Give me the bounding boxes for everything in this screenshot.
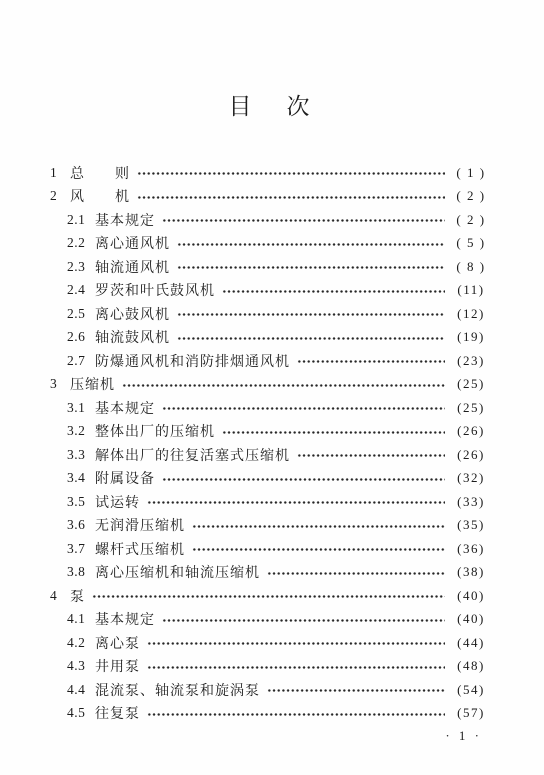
toc-leader-dots: [297, 451, 445, 460]
toc-leader-dots: [137, 193, 445, 202]
toc-leader-dots: [177, 310, 445, 319]
toc-entry-page-number: (36): [450, 541, 492, 557]
toc-entry-page-number: ( 1 ): [450, 165, 492, 181]
toc-entry: 2.2离心通风机( 5 ): [50, 232, 492, 256]
toc-entry-label: 解体出厂的往复活塞式压缩机: [95, 445, 290, 465]
toc-leader-dots: [177, 334, 445, 343]
toc-entry-page-number: (32): [450, 470, 492, 486]
toc-entry-number: 3.3: [67, 447, 95, 463]
toc-entry-number: 2.6: [67, 329, 95, 345]
toc-entry-number: 2.3: [67, 259, 95, 275]
toc-entry-number: 4.4: [67, 682, 95, 698]
document-page: 目 次 1总 则( 1 )2风 机( 2 )2.1基本规定( 2 )2.2离心通…: [0, 0, 544, 775]
toc-leader-dots: [162, 616, 445, 625]
toc-entry: 4泵(40): [50, 584, 492, 608]
toc-leader-dots: [177, 240, 445, 249]
toc-entry-page-number: ( 8 ): [450, 259, 492, 275]
toc-entry-label: 离心压缩机和轴流压缩机: [95, 562, 260, 582]
toc-entry-label: 混流泵、轴流泵和旋涡泵: [95, 680, 260, 700]
toc-entry-number: 2.1: [67, 212, 95, 228]
toc-leader-dots: [297, 357, 445, 366]
toc-entry-page-number: (44): [450, 635, 492, 651]
toc-entry-label: 基本规定: [95, 398, 155, 418]
toc-leader-dots: [92, 592, 445, 601]
toc-leader-dots: [177, 263, 445, 272]
toc-entry-label: 离心泵: [95, 633, 140, 653]
toc-entry-number: 4: [50, 588, 70, 604]
toc-entry: 3.6无润滑压缩机(35): [50, 514, 492, 538]
toc-entry-label: 风 机: [70, 186, 130, 206]
toc-entry-page-number: (35): [450, 517, 492, 533]
toc-entry-label: 压缩机: [70, 374, 115, 394]
toc-entry-number: 3: [50, 376, 70, 392]
toc-entry-page-number: (57): [450, 705, 492, 721]
toc-entry-number: 3.4: [67, 470, 95, 486]
toc-entry-number: 3.6: [67, 517, 95, 533]
toc-leader-dots: [192, 522, 445, 531]
toc-leader-dots: [122, 381, 445, 390]
toc-entry-number: 2.4: [67, 282, 95, 298]
toc-entry-page-number: (54): [450, 682, 492, 698]
toc-entry: 3.1基本规定(25): [50, 396, 492, 420]
toc-entry-page-number: (12): [450, 306, 492, 322]
toc-entry-page-number: (19): [450, 329, 492, 345]
toc-entry-label: 试运转: [95, 492, 140, 512]
toc-entry-number: 3.5: [67, 494, 95, 510]
toc-entry-label: 轴流通风机: [95, 257, 170, 277]
toc-entry-number: 4.2: [67, 635, 95, 651]
toc-leader-dots: [267, 686, 445, 695]
toc-entry-number: 4.3: [67, 658, 95, 674]
toc-entry: 3.5试运转(33): [50, 490, 492, 514]
toc-entry-page-number: (48): [450, 658, 492, 674]
toc-entry-number: 3.7: [67, 541, 95, 557]
toc-leader-dots: [162, 216, 445, 225]
toc-entry-page-number: (25): [450, 376, 492, 392]
toc-entry: 4.5往复泵(57): [50, 702, 492, 726]
toc-leader-dots: [147, 710, 445, 719]
toc-entry-number: 2.5: [67, 306, 95, 322]
toc-entry-number: 1: [50, 165, 70, 181]
toc-entry-page-number: (26): [450, 423, 492, 439]
toc-entry-page-number: (25): [450, 400, 492, 416]
toc-leader-dots: [147, 663, 445, 672]
toc-entry: 2.6轴流鼓风机(19): [50, 326, 492, 350]
toc-leader-dots: [147, 639, 445, 648]
toc-entry-number: 3.2: [67, 423, 95, 439]
toc-entry: 4.3井用泵(48): [50, 655, 492, 679]
toc-entry: 3.3解体出厂的往复活塞式压缩机(26): [50, 443, 492, 467]
toc-leader-dots: [222, 287, 445, 296]
toc-entry-number: 2: [50, 188, 70, 204]
toc-entry-page-number: (38): [450, 564, 492, 580]
toc-entry: 3.8离心压缩机和轴流压缩机(38): [50, 561, 492, 585]
toc-entry-number: 2.7: [67, 353, 95, 369]
toc-entry: 2.1基本规定( 2 ): [50, 208, 492, 232]
toc-entry-page-number: (33): [450, 494, 492, 510]
toc-entry: 1总 则( 1 ): [50, 161, 492, 185]
toc-entry-label: 轴流鼓风机: [95, 327, 170, 347]
toc-entry: 2.4罗茨和叶氏鼓风机(11): [50, 279, 492, 303]
toc-entry-label: 防爆通风机和消防排烟通风机: [95, 351, 290, 371]
toc-entry: 2.3轴流通风机( 8 ): [50, 255, 492, 279]
toc-entry-number: 2.2: [67, 235, 95, 251]
toc-entry: 4.2离心泵(44): [50, 631, 492, 655]
toc-entry: 2.7防爆通风机和消防排烟通风机(23): [50, 349, 492, 373]
toc-entry: 3.2整体出厂的压缩机(26): [50, 420, 492, 444]
toc-entry-number: 4.5: [67, 705, 95, 721]
page-title: 目 次: [0, 88, 544, 121]
toc-entry-label: 总 则: [70, 163, 130, 183]
toc-leader-dots: [192, 545, 445, 554]
toc-entry-label: 附属设备: [95, 468, 155, 488]
footer-page-number: · 1 ·: [0, 728, 482, 744]
toc-entry-label: 泵: [70, 586, 85, 606]
toc-entry: 3.4附属设备(32): [50, 467, 492, 491]
toc-entry-label: 离心鼓风机: [95, 304, 170, 324]
toc-entry: 4.4混流泵、轴流泵和旋涡泵(54): [50, 678, 492, 702]
toc-entry-number: 3.1: [67, 400, 95, 416]
toc-entry-page-number: (40): [450, 588, 492, 604]
toc-entry-label: 整体出厂的压缩机: [95, 421, 215, 441]
toc-entry-label: 螺杆式压缩机: [95, 539, 185, 559]
toc-list: 1总 则( 1 )2风 机( 2 )2.1基本规定( 2 )2.2离心通风机( …: [50, 161, 492, 725]
toc-entry-number: 3.8: [67, 564, 95, 580]
toc-entry-label: 离心通风机: [95, 233, 170, 253]
toc-entry-page-number: (26): [450, 447, 492, 463]
toc-entry-page-number: (40): [450, 611, 492, 627]
toc-entry: 3压缩机(25): [50, 373, 492, 397]
toc-entry: 2风 机( 2 ): [50, 185, 492, 209]
toc-entry-label: 基本规定: [95, 609, 155, 629]
toc-entry-page-number: ( 5 ): [450, 235, 492, 251]
toc-leader-dots: [162, 475, 445, 484]
toc-entry: 2.5离心鼓风机(12): [50, 302, 492, 326]
toc-entry-label: 无润滑压缩机: [95, 515, 185, 535]
toc-leader-dots: [162, 404, 445, 413]
toc-leader-dots: [147, 498, 445, 507]
toc-entry-label: 基本规定: [95, 210, 155, 230]
toc-entry-page-number: ( 2 ): [450, 212, 492, 228]
toc-leader-dots: [137, 169, 445, 178]
toc-leader-dots: [267, 569, 445, 578]
toc-entry-label: 往复泵: [95, 703, 140, 723]
toc-entry-label: 井用泵: [95, 656, 140, 676]
toc-entry: 4.1基本规定(40): [50, 608, 492, 632]
toc-entry-page-number: (23): [450, 353, 492, 369]
toc-entry: 3.7螺杆式压缩机(36): [50, 537, 492, 561]
toc-entry-page-number: (11): [450, 282, 492, 298]
toc-entry-number: 4.1: [67, 611, 95, 627]
toc-entry-page-number: ( 2 ): [450, 188, 492, 204]
toc-entry-label: 罗茨和叶氏鼓风机: [95, 280, 215, 300]
toc-leader-dots: [222, 428, 445, 437]
